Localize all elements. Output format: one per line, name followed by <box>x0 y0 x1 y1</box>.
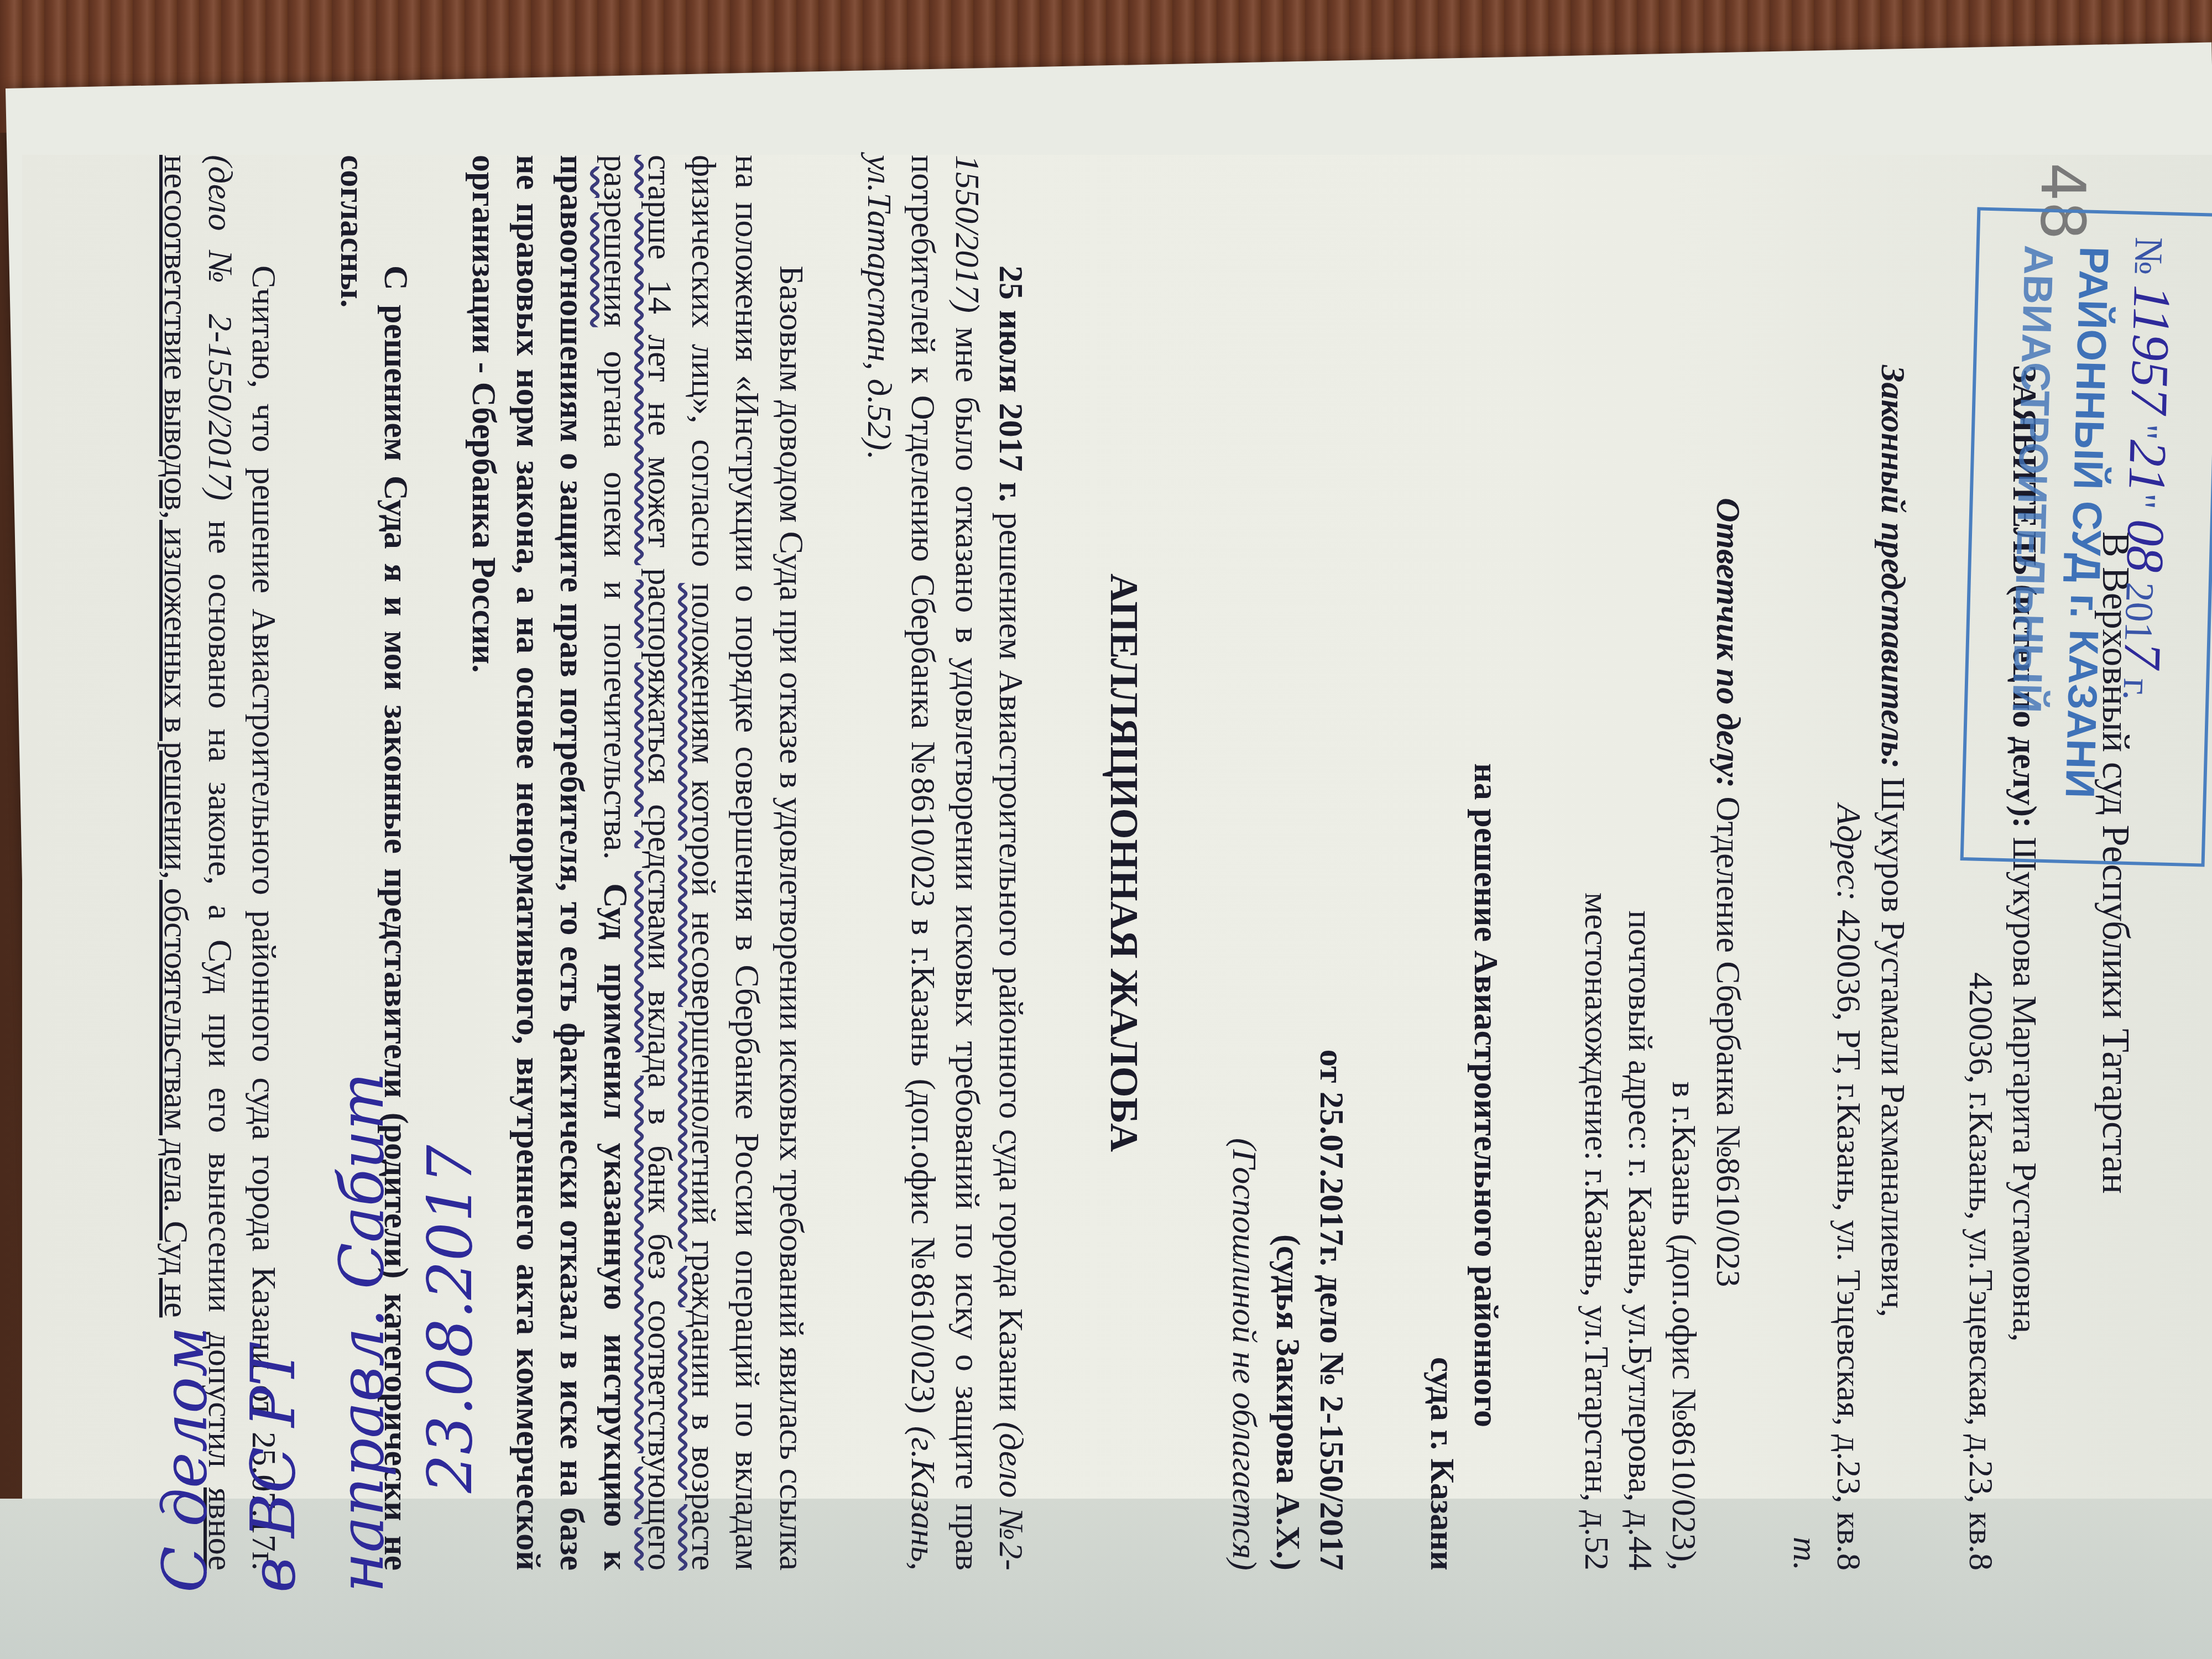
representative-address: 420036, РТ, г.Казань, ул. Тэцевская, д.2… <box>1830 910 1867 1571</box>
handnote-line1: С делом <box>149 1327 220 1593</box>
stamp-reg-number: 11957 <box>2120 284 2182 415</box>
appeal-subject-line1: на решение Авиастроительного районного <box>1464 763 1507 1571</box>
handnote-line3: направл. Сабит <box>326 1072 397 1593</box>
handnote-line2: в ВС РТ <box>238 1346 309 1593</box>
stamp-day: 21 <box>2117 439 2178 494</box>
case-reference: от 25.07.2017г. дело № 2-1550/2017 (судь… <box>1222 929 1353 1571</box>
stamp-line1: АВИАСТРОИТЕЛЬНЫЙ <box>2004 244 2063 713</box>
document-title: АПЕЛЛЯЦИОННАЯ ЖАЛОБА <box>1099 155 1150 1571</box>
appeal-subject: на решение Авиастроительного районного с… <box>1420 763 1507 1571</box>
state-fee-note: (Госпошлиной не облагается) <box>1222 929 1265 1571</box>
representative-trailing-mark: т. <box>1783 365 1827 1571</box>
paragraph-2: Базовым доводом Суда при отказе в удовле… <box>462 155 813 1571</box>
respondent-line1: Отделение Сбербанка №8610/023 <box>1709 796 1747 1287</box>
appeal-subject-line2: суда г. Казани <box>1420 763 1463 1571</box>
handwritten-note: С делом в ВС РТ направл. Сабит 23.08.201… <box>127 1106 514 1604</box>
handnote-line4: 23.08.2017 <box>415 1145 486 1493</box>
stamp-month: 08 <box>2115 519 2176 573</box>
respondent-label: Ответчик по делу: <box>1709 498 1747 788</box>
representative-label: Законный представитель: <box>1874 365 1912 769</box>
court-registration-stamp: АВИАСТРОИТЕЛЬНЫЙ РАЙОННЫЙ СУД г. КАЗАНИ … <box>1960 207 2212 867</box>
case-judge: (судья Закирова А.Х.) <box>1266 929 1310 1571</box>
stamp-registration: № 11957 "21" 08 2017 г. <box>2111 236 2184 701</box>
respondent-line2: в г.Казань (доп.офис №8610/023), <box>1662 498 1705 1571</box>
respondent-line3: почтовый адрес: г. Казань, ул.Бутлерова,… <box>1618 498 1662 1571</box>
paragraph-1: 25 июля 2017 г. решением Авиастроительно… <box>857 155 1032 1571</box>
respondent-block: Ответчик по делу: Отделение Сбербанка №8… <box>1574 498 1749 1571</box>
case-ref-line1: от 25.07.2017г. дело № 2-1550/2017 <box>1310 929 1353 1571</box>
respondent-line4: местонахождение: г.Казань, ул.Татарстан,… <box>1574 498 1618 1571</box>
representative-block: Законный представитель: Шукуров Рустамал… <box>1783 365 1914 1571</box>
stamp-line2: РАЙОННЫЙ СУД г. КАЗАНИ <box>2057 246 2118 799</box>
representative-address-label: Адрес: <box>1830 804 1867 901</box>
applicant-name: Шукурова Маргарита Рустамовна, <box>2006 837 2043 1342</box>
representative-name: Шукуров Рустамали Рахманалиевич, <box>1874 777 1912 1317</box>
